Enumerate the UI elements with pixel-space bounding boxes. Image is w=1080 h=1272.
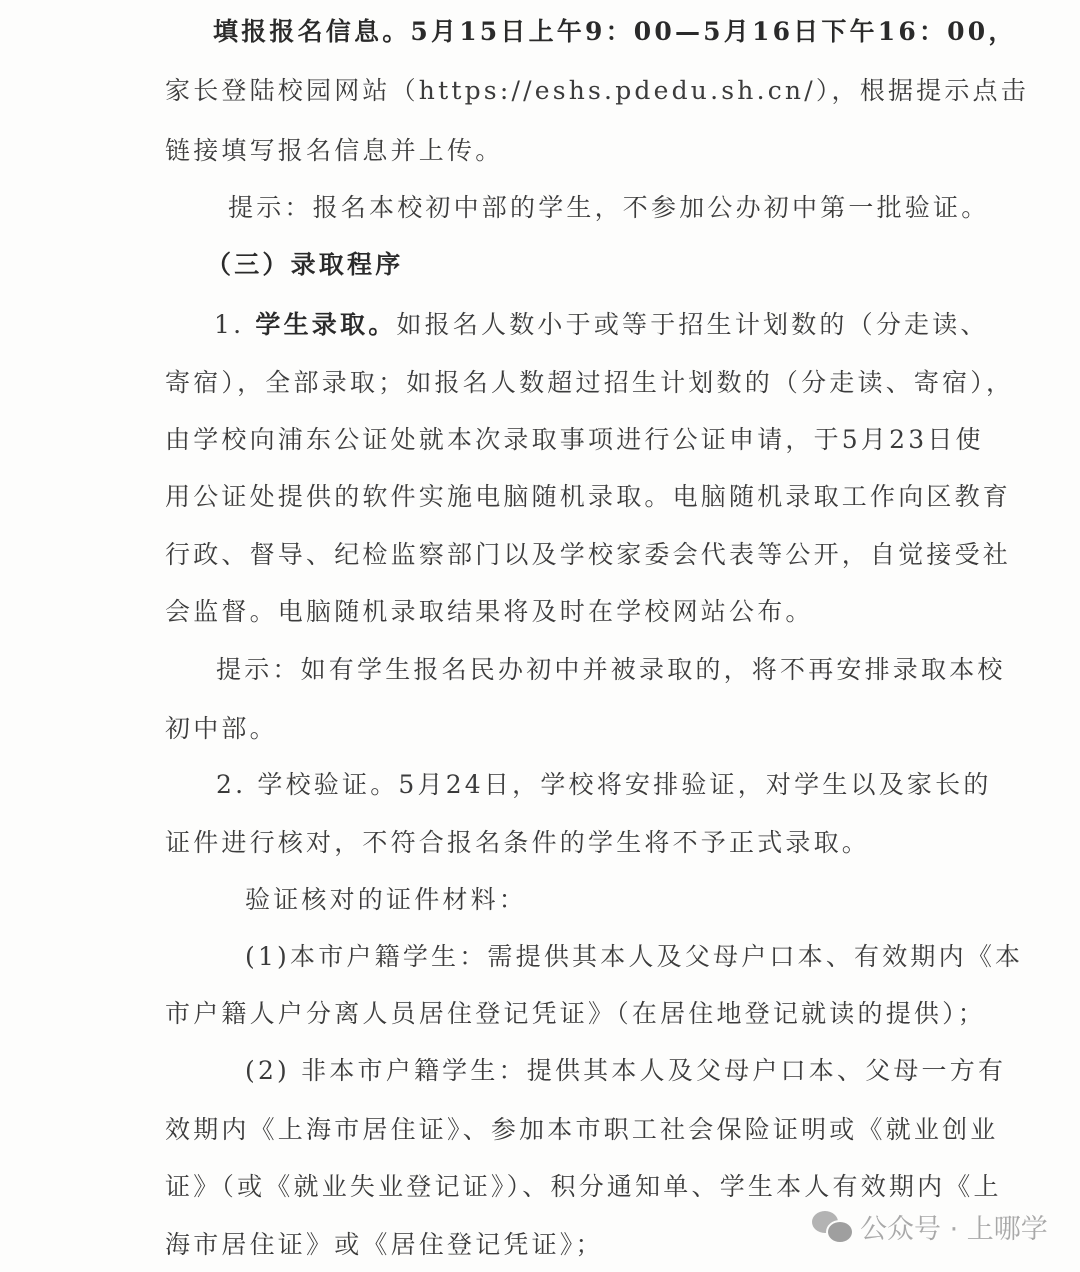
text-line-21: 证》（或《就业失业登记证》）、积分通知单、学生本人有效期内《上 xyxy=(165,1172,1002,1202)
tip-line-1: 提示：报名本校初中部的学生，不参加公办初中第一批验证。 xyxy=(228,193,989,223)
text-line-3: 链接填写报名信息并上传。 xyxy=(165,136,503,166)
text-line-15: 证件进行核对，不符合报名条件的学生将不予正式录取。 xyxy=(165,828,870,858)
text-line-22: 海市居住证》或《居住登记凭证》； xyxy=(165,1230,604,1260)
text-line-13: 初中部。 xyxy=(165,714,278,744)
text-line-7: 寄宿），全部录取；如报名人数超过招生计划数的（分走读、寄宿）， xyxy=(165,368,1014,398)
text-line-18: 市户籍人户分离人员居住登记凭证》（在居住地登记就读的提供）； xyxy=(165,999,986,1029)
text-line-10: 行政、督导、纪检监察部门以及学校家委会代表等公开，自觉接受社 xyxy=(165,540,1011,570)
document-page: 填报报名信息。5月15日上午9：00—5月16日下午16：00， 家长登陆校园网… xyxy=(0,0,1080,1272)
text-line-8: 由学校向浦东公证处就本次录取事项进行公证申请，于5月23日使 xyxy=(165,425,984,455)
line-text: 5月15日上午9：00—5月16日下午16：00， xyxy=(410,17,1016,46)
text-line-17: (1)本市户籍学生：需提供其本人及父母户口本、有效期内《本 xyxy=(245,942,1023,972)
text-line-14: 2. 学校验证。5月24日，学校将安排验证，对学生以及家长的 xyxy=(216,770,992,800)
section-heading: （三）录取程序 xyxy=(206,250,403,280)
text-line-20: 效期内《上海市居住证》、参加本市职工社会保险证明或《就业创业 xyxy=(165,1115,999,1145)
text-line-16: 验证核对的证件材料： xyxy=(245,885,527,915)
text-line-6: 1. 学生录取。如报名人数小于或等于招生计划数的（分走读、 xyxy=(214,310,989,340)
text-line-1: 填报报名信息。5月15日上午9：00—5月16日下午16：00， xyxy=(213,17,1017,47)
item-number: 1. xyxy=(214,310,255,339)
text-line-11: 会监督。电脑随机录取结果将及时在学校网站公布。 xyxy=(165,597,814,627)
wechat-icon xyxy=(812,1211,852,1243)
bold-heading: 填报报名信息。 xyxy=(213,17,410,46)
bold-heading: 学生录取。 xyxy=(255,310,396,339)
text-line-19: (2) 非本市户籍学生：提供其本人及父母户口本、父母一方有 xyxy=(245,1056,1006,1086)
text-line-2: 家长登陆校园网站（https://eshs.pdedu.sh.cn/），根据提示… xyxy=(165,76,1029,106)
line-text: 如报名人数小于或等于招生计划数的（分走读、 xyxy=(396,310,988,339)
tip-line-2: 提示：如有学生报名民办初中并被录取的，将不再安排录取本校 xyxy=(216,655,1006,685)
watermark-text: 公众号 · 上哪学 xyxy=(860,1207,1048,1246)
text-line-9: 用公证处提供的软件实施电脑随机录取。电脑随机录取工作向区教育 xyxy=(165,482,1011,512)
watermark: 公众号 · 上哪学 xyxy=(812,1207,1048,1246)
